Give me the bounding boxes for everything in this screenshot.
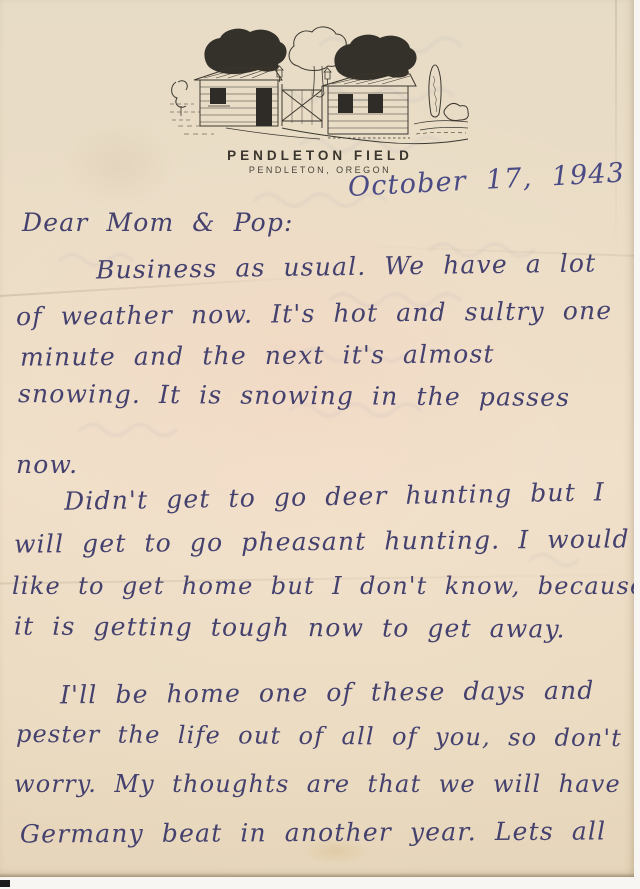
letter-line-3: minute and the next it's almost [20,339,495,371]
letter-line-13: Germany beat in another year. Lets all [20,816,606,848]
scanned-letter-page: PENDLETON FIELD PENDLETON, OREGON Octobe… [0,0,640,889]
letter-line-6: Didn't get to go deer hunting but I [64,477,605,515]
scanner-edge-bottom [0,877,640,889]
scanner-edge-right [634,0,640,889]
scan-corner-mark [0,880,10,887]
letterhead-name: PENDLETON FIELD [150,148,490,163]
edge-crease [615,0,617,260]
letterhead-illustration [170,26,470,146]
letter-line-8: like to get home but I don't know, becau… [12,572,640,600]
letter-line-5: now. [16,450,78,479]
letter-line-2: of weather now. It's hot and sultry one [16,296,613,331]
letter-paper: PENDLETON FIELD PENDLETON, OREGON Octobe… [0,0,634,877]
letter-line-10: I'll be home one of these days and [60,676,595,710]
letter-line-7: will get to go pheasant hunting. I would [14,524,630,558]
letter-line-12: worry. My thoughts are that we will have [14,770,621,798]
letterhead: PENDLETON FIELD PENDLETON, OREGON [150,26,490,175]
letter-line-9: it is getting tough now to get away. [14,612,566,644]
letter-salutation: Dear Mom & Pop: [22,208,294,237]
letter-line-4: snowing. It is snowing in the passes [18,379,570,412]
letter-line-11: pester the life out of all of you, so do… [16,720,622,752]
letter-line-1: Business as usual. We have a lot [96,249,597,285]
